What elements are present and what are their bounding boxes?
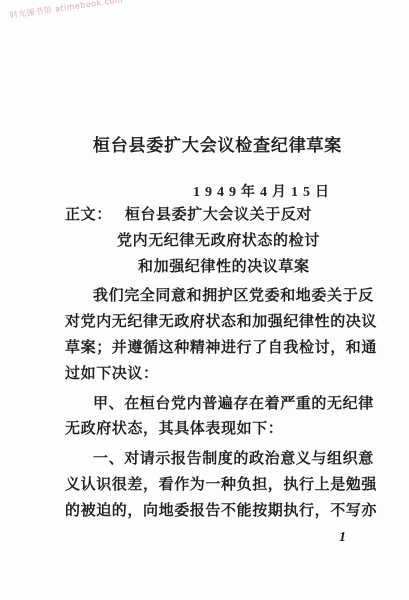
paragraph-1: 我们完全同意和拥护区党委和地委关于反 对党内无纪律无政府状态和加强纪律性的决议 … — [65, 284, 387, 387]
document-page: 时光图书馆 atimebook.com 桓台县委扩大会议检查纪律草案 1949年… — [0, 0, 409, 600]
body-line: 草案；并遵循这种精神进行了自我检讨，和通 — [65, 336, 387, 362]
document-body: 正文： 桓台县委扩大会议关于反对 党内无纪律无政府状态的检讨 和加强纪律性的决议… — [65, 203, 387, 525]
document-title: 桓台县委扩大会议检查纪律草案 — [0, 131, 409, 156]
body-label: 正文： — [65, 203, 112, 229]
watermark: 时光图书馆 atimebook.com — [9, 0, 124, 21]
body-line: 我们完全同意和拥护区党委和地委关于反 — [65, 284, 387, 310]
body-line: 一、对请示报告制度的政治意义与组织意 — [65, 447, 387, 473]
body-line: 甲、在桓台党内普遍存在着严重的无纪律 — [65, 392, 387, 418]
subtitle-line-1: 正文： 桓台县委扩大会议关于反对 — [65, 203, 387, 229]
document-date: 1949年4月15日 — [193, 181, 334, 201]
body-line: 无政府状态，其具体表现如下： — [65, 417, 387, 443]
body-line: 的被迫的，向地委报告不能按期执行，不写亦 — [65, 499, 387, 525]
paragraph-2: 甲、在桓台党内普遍存在着严重的无纪律 无政府状态，其具体表现如下： — [65, 392, 387, 444]
body-line: 义认识很差，看作为一种负担，执行上是勉强 — [65, 473, 387, 499]
subtitle-text-1: 桓台县委扩大会议关于反对 — [125, 203, 312, 229]
subtitle-line-3: 和加强纪律性的决议草案 — [138, 255, 387, 281]
paragraph-3: 一、对请示报告制度的政治意义与组织意 义认识很差，看作为一种负担，执行上是勉强 … — [65, 447, 387, 524]
subtitle-line-2: 党内无纪律无政府状态的检讨 — [117, 229, 387, 255]
body-line: 过如下决议： — [65, 362, 387, 388]
page-number: 1 — [339, 530, 346, 546]
body-line: 对党内无纪律无政府状态和加强纪律性的决议 — [65, 310, 387, 336]
